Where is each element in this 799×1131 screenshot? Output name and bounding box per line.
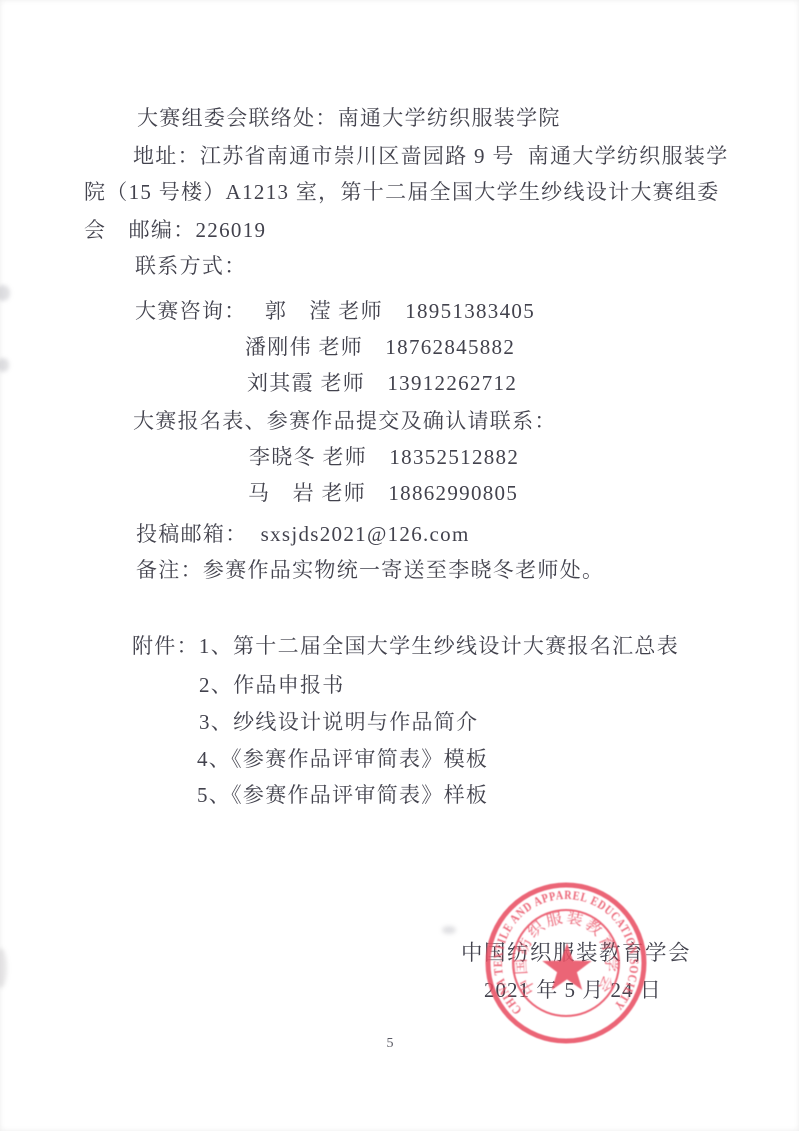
official-seal-stamp: CHINA TEXTILE AND APPAREL EDUCATION SOCI… — [471, 868, 661, 1058]
scan-smudge — [0, 358, 9, 372]
document-page: 大赛组委会联络处：南通大学纺织服装学院地址：江苏省南通市崇川区啬园路 9 号 南… — [0, 0, 799, 1131]
text-line: 地址：江苏省南通市崇川区啬园路 9 号 南通大学纺织服装学 — [133, 141, 729, 171]
text-line: 马 岩 老师 18862990805 — [248, 478, 518, 508]
text-line: 投稿邮箱： sxsjds2021@126.com — [136, 519, 470, 549]
page-number: 5 — [370, 1036, 410, 1052]
seal-star-icon — [542, 943, 591, 990]
text-line: 会 邮编：226019 — [84, 215, 266, 245]
text-line: 大赛组委会联络处：南通大学纺织服装学院 — [137, 103, 561, 133]
scan-smudge — [0, 948, 7, 988]
scan-smudge — [0, 285, 10, 301]
text-line: 联系方式： — [135, 251, 247, 281]
text-line: 4、《参赛作品评审简表》模板 — [197, 744, 488, 774]
text-line: 5、《参赛作品评审简表》样板 — [197, 780, 488, 810]
text-line: 附件：1、第十二届全国大学生纱线设计大赛报名汇总表 — [132, 631, 679, 661]
text-line: 刘其霞 老师 13912262712 — [247, 368, 517, 398]
scan-smudge — [442, 926, 456, 934]
text-line: 潘刚伟 老师 18762845882 — [245, 332, 515, 362]
text-line: 备注：参赛作品实物统一寄送至李晓冬老师处。 — [136, 555, 604, 585]
text-line: 院（15 号楼）A1213 室，第十二届全国大学生纱线设计大赛组委 — [84, 177, 720, 207]
text-line: 2、作品申报书 — [199, 670, 345, 700]
text-line: 3、纱线设计说明与作品简介 — [199, 707, 478, 737]
text-line: 李晓冬 老师 18352512882 — [249, 442, 519, 472]
text-line: 大赛报名表、参赛作品提交及确认请联系： — [133, 406, 557, 436]
text-line: 大赛咨询： 郭 滢 老师 18951383405 — [135, 296, 535, 326]
